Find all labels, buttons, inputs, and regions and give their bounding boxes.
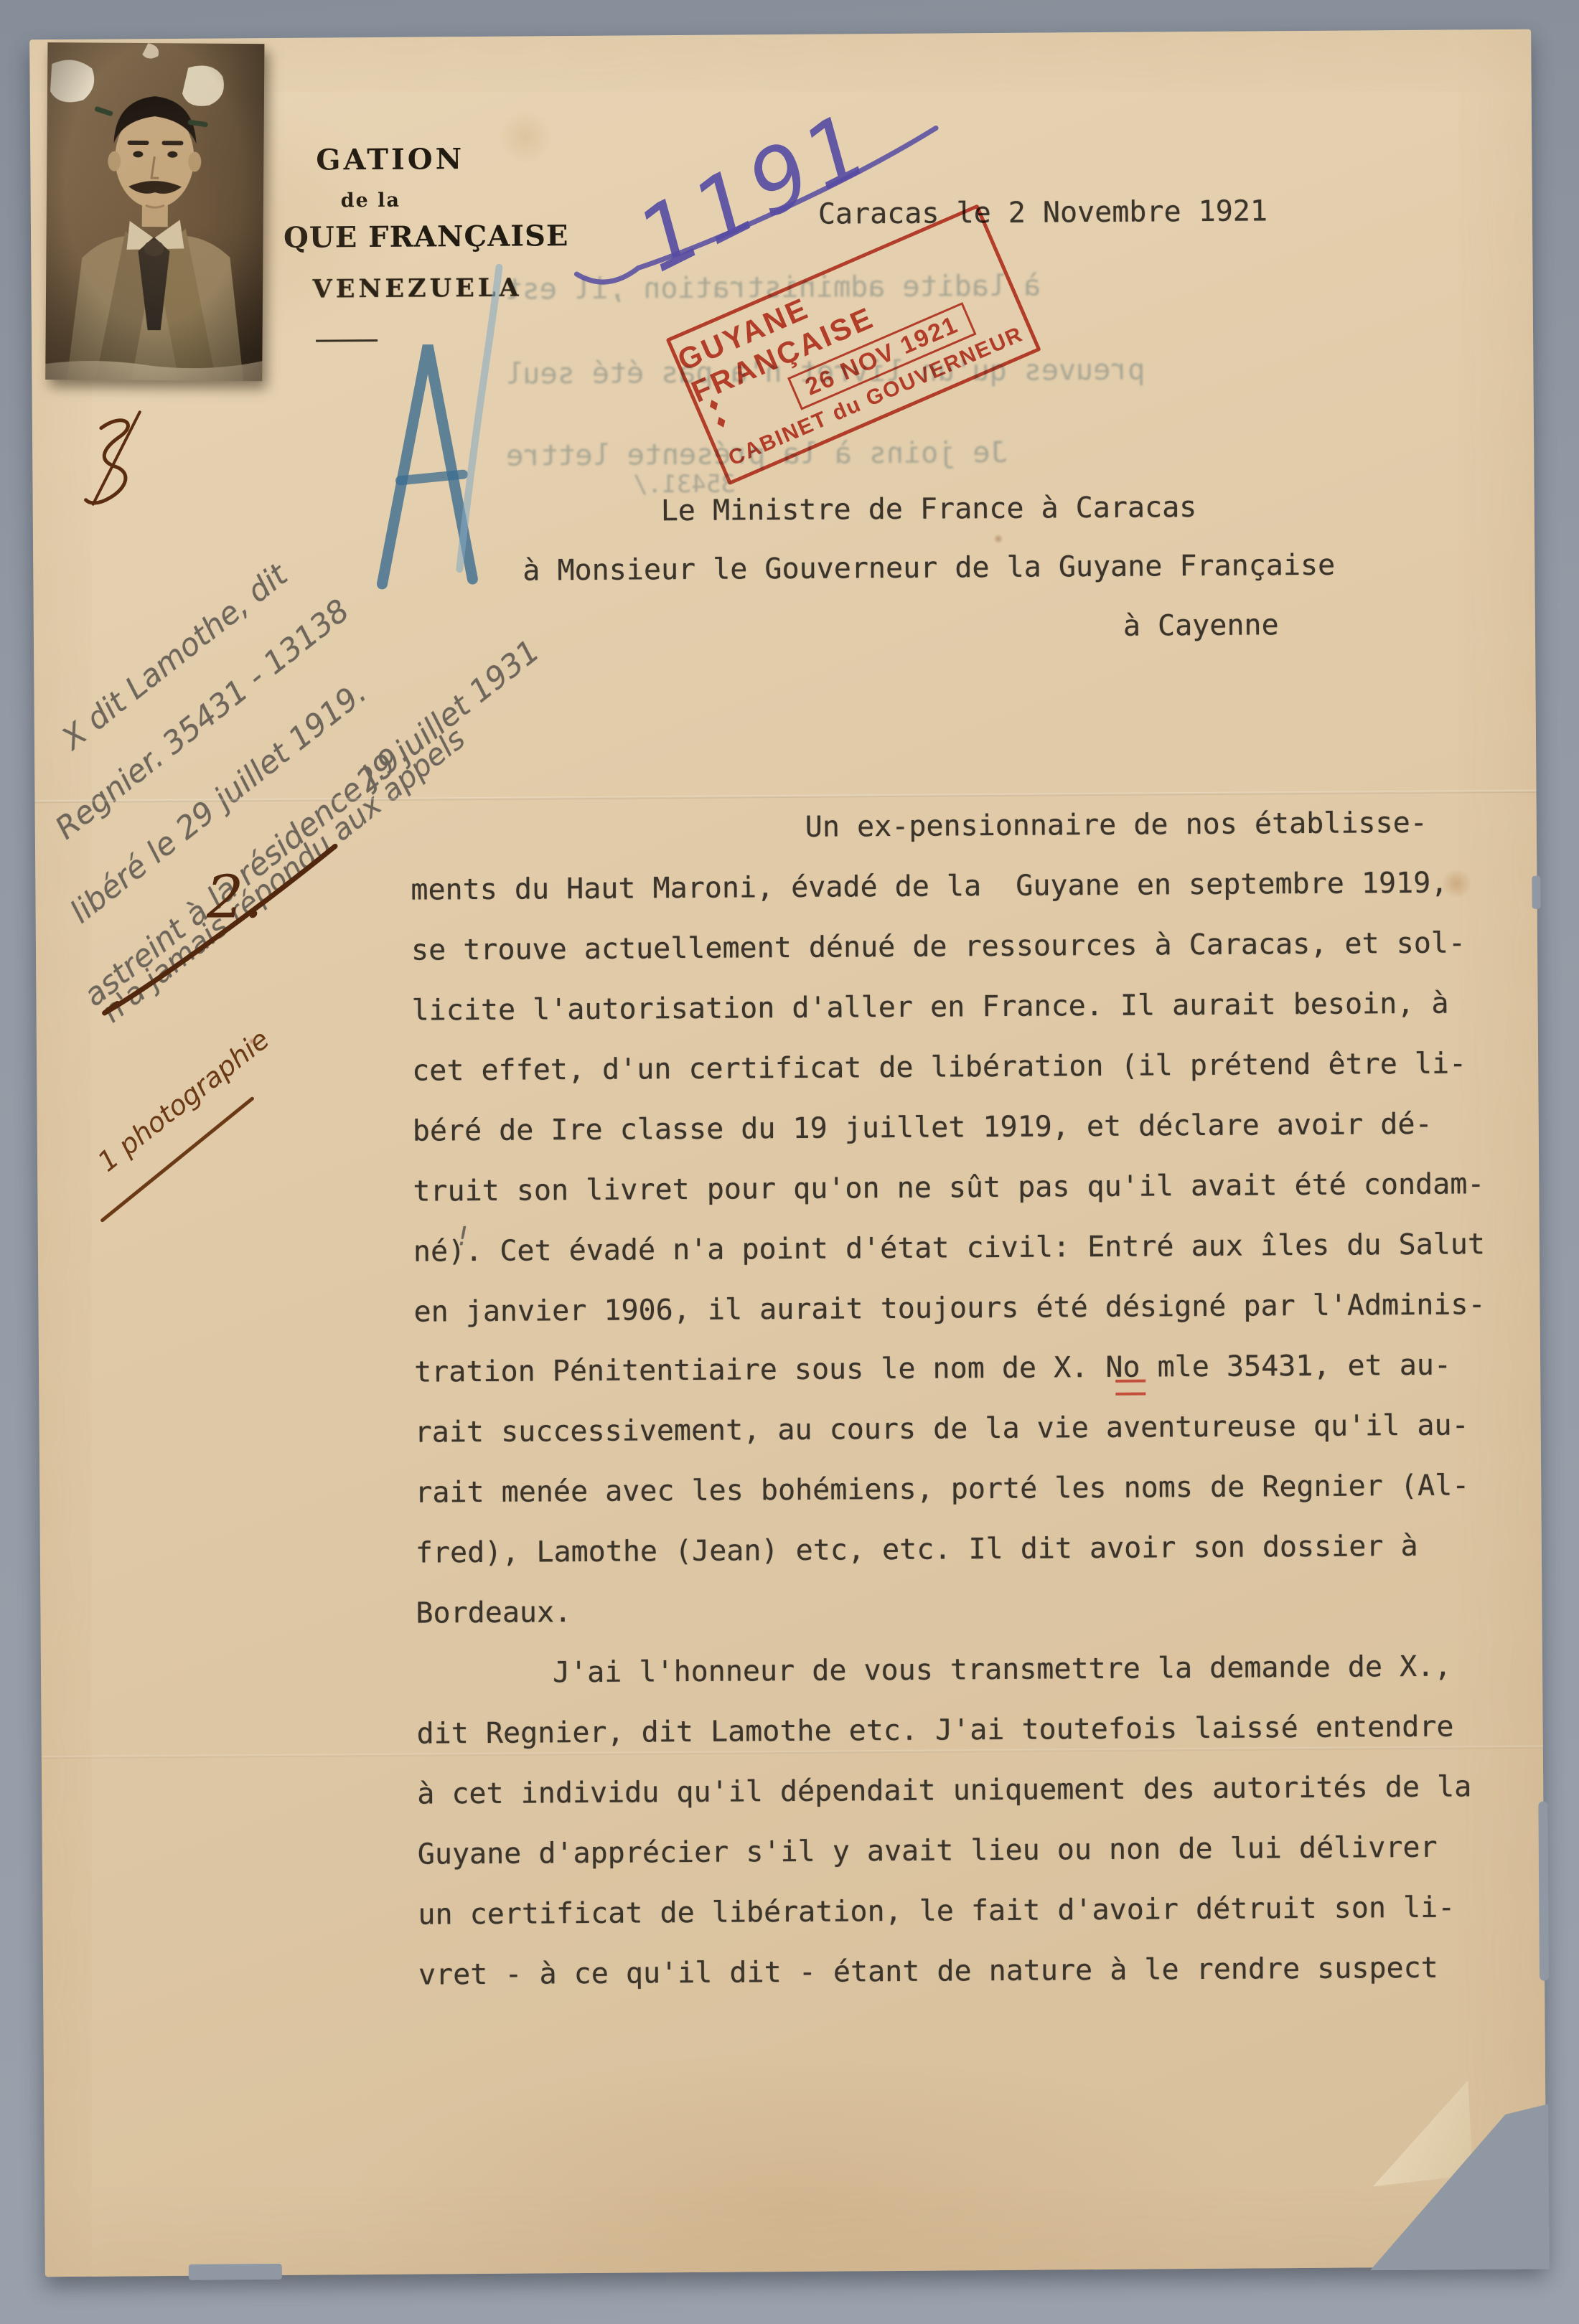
blue-crayon-A-mark (380, 345, 472, 584)
edge-tear (1532, 876, 1540, 909)
body-line: J'ai l'honneur de vous transmettre la de… (416, 1636, 1537, 1704)
body-line: truit son livret pour qu'on ne sût pas q… (413, 1154, 1533, 1222)
pencil-note-line: X dit Lamothe, dit (55, 557, 294, 757)
stamp-ornament (708, 398, 728, 429)
ink-number-slash (103, 846, 337, 1013)
letter-body: Un ex-pensionnaire de nos établisse- men… (411, 792, 1539, 2005)
pencil-note-line: 29 juillet 1931 (350, 633, 546, 799)
body-line: Un ex-pensionnaire de nos établisse- (411, 792, 1531, 860)
letterhead-line-legation: GATION (316, 142, 464, 177)
ink-paraph (85, 420, 128, 503)
sender-line: Le Ministre de France à Caracas (661, 491, 1197, 527)
attached-photograph (45, 42, 264, 381)
body-line: Guyane d'apprécier s'il y avait lieu ou … (418, 1817, 1538, 1885)
letterhead-line-de-la: de la (341, 189, 400, 212)
body-line: se trouve actuellement dénué de ressourc… (411, 913, 1532, 981)
body-line: vret - à ce qu'il dit - étant de nature … (418, 1937, 1539, 2005)
body-line: Bordeaux. (416, 1576, 1536, 1644)
body-line: dit Regnier, dit Lamothe etc. J'ai toute… (416, 1696, 1537, 1764)
edge-tear (1538, 1802, 1549, 1981)
letter-sheet: à ladite administration ,il est preuves … (29, 29, 1547, 2277)
enclosure-underline (101, 1099, 253, 1220)
body-line: rait successivement, au cours de la vie … (414, 1395, 1535, 1463)
body-line: tration Pénitentiaire sous le nom de X. … (414, 1335, 1535, 1403)
letterhead-line-venezuela: VENEZUELA (312, 273, 522, 304)
blue-crayon-light-stroke (457, 268, 501, 569)
date-line: Caracas le 2 Novembre 1921 (818, 194, 1268, 230)
recipient-place: à Cayenne (1123, 608, 1279, 643)
letterhead-rule (316, 339, 378, 342)
pencil-note-line: Regnier. 35431 - 13138 (49, 593, 356, 847)
body-line: ments du Haut Maroni, évadé de la Guyane… (411, 852, 1531, 921)
body-line: né). Cet évadé n'a point d'état civil: E… (413, 1214, 1534, 1282)
recipient-line: à Monsieur le Gouverneur de la Guyane Fr… (523, 549, 1335, 588)
enclosure-note: 1 photographie (92, 1023, 275, 1177)
body-line: en janvier 1906, il aurait toujours été … (413, 1274, 1534, 1342)
ink-paraph-slash (93, 412, 141, 504)
body-line: béré de Ire classe du 19 juillet 1919, e… (412, 1093, 1532, 1162)
scanned-letter-page: { "letterhead": { "line1": "GATION", "li… (0, 0, 1579, 2324)
photograph-image (45, 42, 264, 381)
body-line: rait menée avec les bohémiens, porté les… (415, 1455, 1535, 1523)
body-line: licite l'autorisation d'aller en France.… (411, 973, 1532, 1041)
blue-crayon-A-crossbar (400, 474, 463, 481)
body-line: cet effet, d'un certificat de libération… (412, 1033, 1532, 1101)
pencil-note-line: astreint à la résidence J.9. (78, 735, 416, 1013)
body-line: fred), Lamothe (Jean) etc, etc. Il dit a… (416, 1515, 1536, 1584)
body-line: un certificat de libération, le fait d'a… (418, 1877, 1538, 1945)
edge-tear (189, 2264, 282, 2280)
ink-number-note: 2. (206, 863, 263, 932)
pencil-note-line: libéré le 29 juillet 1919. (64, 674, 374, 931)
letterhead-line-republique: QUE FRANÇAISE (284, 219, 569, 255)
body-line: à cet individu qu'il dépendait uniquemen… (417, 1756, 1537, 1825)
